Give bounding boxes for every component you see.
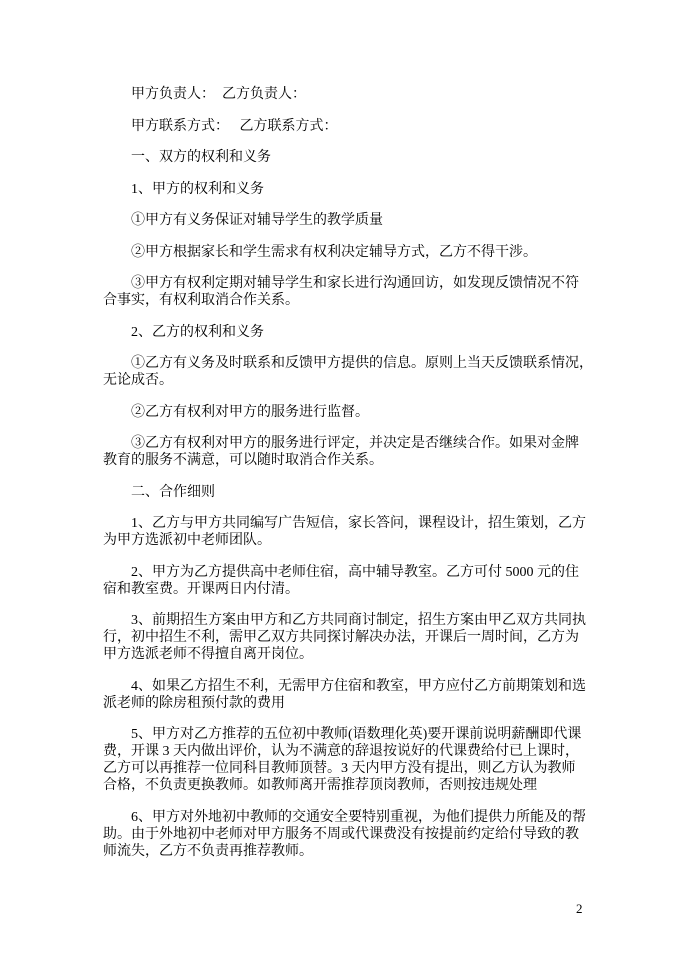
paragraph: 2、乙方的权利和义务 [103, 324, 585, 341]
paragraph-line: 4、如果乙方招生不利，无需甲方住宿和教室，甲方应付乙方前期策划和选 [103, 678, 585, 695]
paragraph: ①乙方有义务及时联系和反馈甲方提供的信息。原则上当天反馈联系情况，无论成否。 [103, 355, 585, 389]
paragraph-line: 一、双方的权利和义务 [103, 149, 585, 166]
paragraph: 甲方负责人： 乙方负责人： [103, 86, 585, 103]
paragraph-line: ②乙方有权利对甲方的服务进行监督。 [103, 404, 585, 421]
paragraph: 5、甲方对乙方推荐的五位初中教师(语数理化英)要开课前说明薪酬即代课费，开课 3… [103, 726, 585, 794]
paragraph: 1、乙方与甲方共同编写广告短信，家长答问，课程设计，招生策划，乙方为甲方选派初中… [103, 515, 585, 549]
paragraph: 甲方联系方式： 乙方联系方式： [103, 118, 585, 135]
paragraph-line: ①乙方有义务及时联系和反馈甲方提供的信息。原则上当天反馈联系情况， [103, 355, 585, 372]
paragraph-line: 2、乙方的权利和义务 [103, 324, 585, 341]
paragraph-line: 教育的服务不满意，可以随时取消合作关系。 [103, 452, 585, 469]
paragraph: 二、合作细则 [103, 484, 585, 501]
paragraph-line: 5、甲方对乙方推荐的五位初中教师(语数理化英)要开课前说明薪酬即代课 [103, 726, 585, 743]
paragraph-line: 师流失，乙方不负责再推荐教师。 [103, 843, 585, 860]
paragraph: 4、如果乙方招生不利，无需甲方住宿和教室，甲方应付乙方前期策划和选派老师的除房租… [103, 678, 585, 712]
paragraph-line: 宿和教室费。开课两日内付清。 [103, 581, 585, 598]
paragraph: 1、甲方的权利和义务 [103, 181, 585, 198]
page-number: 2 [576, 901, 583, 916]
paragraph-line: 2、甲方为乙方提供高中老师住宿，高中辅导教室。乙方可付 5000 元的住 [103, 564, 585, 581]
paragraph: 6、甲方对外地初中教师的交通安全要特别重视，为他们提供力所能及的帮助。由于外地初… [103, 809, 585, 860]
paragraph-line: 无论成否。 [103, 372, 585, 389]
paragraph: 2、甲方为乙方提供高中老师住宿，高中辅导教室。乙方可付 5000 元的住宿和教室… [103, 564, 585, 598]
contract-body: 甲方负责人： 乙方负责人：甲方联系方式： 乙方联系方式：一、双方的权利和义务1、… [103, 86, 585, 874]
paragraph-line: 二、合作细则 [103, 484, 585, 501]
paragraph-line: 3、前期招生方案由甲方和乙方共同商讨制定，招生方案由甲乙双方共同执 [103, 612, 585, 629]
paragraph-line: 1、乙方与甲方共同编写广告短信，家长答问，课程设计，招生策划，乙方 [103, 515, 585, 532]
paragraph-line: 合格，不负责更换教师。如教师离开需推荐顶岗教师，否则按违规处理 [103, 777, 585, 794]
paragraph-line: ③乙方有权利对甲方的服务进行评定，并决定是否继续合作。如果对金牌 [103, 435, 585, 452]
paragraph-line: 甲方负责人： 乙方负责人： [103, 86, 585, 103]
paragraph-line: 费，开课 3 天内做出评价，认为不满意的辞退按说好的代课费给付已上课时， [103, 743, 585, 760]
paragraph-line: 行，初中招生不利，需甲乙双方共同探讨解决办法，开课后一周时间，乙方为 [103, 629, 585, 646]
paragraph: 3、前期招生方案由甲方和乙方共同商讨制定，招生方案由甲乙双方共同执行，初中招生不… [103, 612, 585, 663]
paragraph: ②甲方根据家长和学生需求有权利决定辅导方式，乙方不得干涉。 [103, 244, 585, 261]
paragraph: 一、双方的权利和义务 [103, 149, 585, 166]
paragraph-line: ①甲方有义务保证对辅导学生的教学质量 [103, 212, 585, 229]
paragraph-line: 派老师的除房租预付款的费用 [103, 695, 585, 712]
paragraph: ②乙方有权利对甲方的服务进行监督。 [103, 404, 585, 421]
paragraph-line: ③甲方有权利定期对辅导学生和家长进行沟通回访，如发现反馈情况不符 [103, 275, 585, 292]
document-page: 甲方负责人： 乙方负责人：甲方联系方式： 乙方联系方式：一、双方的权利和义务1、… [0, 0, 690, 976]
paragraph-line: 6、甲方对外地初中教师的交通安全要特别重视，为他们提供力所能及的帮 [103, 809, 585, 826]
paragraph-line: 合事实，有权利取消合作关系。 [103, 292, 585, 309]
paragraph-line: 甲方选派老师不得擅自离开岗位。 [103, 646, 585, 663]
paragraph-line: 助。由于外地初中老师对甲方服务不周或代课费没有按提前约定给付导致的教 [103, 826, 585, 843]
paragraph-line: 乙方可以再推荐一位同科目教师顶替。3 天内甲方没有提出，则乙方认为教师 [103, 760, 585, 777]
paragraph: ③甲方有权利定期对辅导学生和家长进行沟通回访，如发现反馈情况不符合事实，有权利取… [103, 275, 585, 309]
paragraph-line: 为甲方选派初中老师团队。 [103, 532, 585, 549]
paragraph: ①甲方有义务保证对辅导学生的教学质量 [103, 212, 585, 229]
paragraph-line: 甲方联系方式： 乙方联系方式： [103, 118, 585, 135]
paragraph: ③乙方有权利对甲方的服务进行评定，并决定是否继续合作。如果对金牌教育的服务不满意… [103, 435, 585, 469]
paragraph-line: 1、甲方的权利和义务 [103, 181, 585, 198]
paragraph-line: ②甲方根据家长和学生需求有权利决定辅导方式，乙方不得干涉。 [103, 244, 585, 261]
